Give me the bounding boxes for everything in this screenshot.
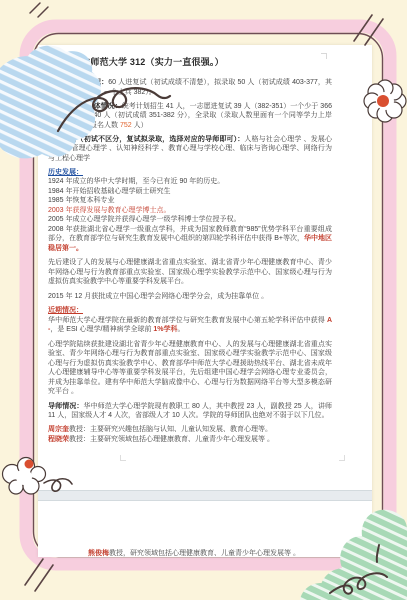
history-2005: 2005 年成立心理学院并获得心理学一级学科博士学位授予权。 [48, 215, 332, 225]
history-1924: 1924 年成立的华中大学时期，至今已有近 90 年的历史。 [48, 177, 332, 187]
run-prof1-name: 周宗奎 [48, 426, 69, 433]
page-break-band [38, 490, 372, 501]
run-prof2-name: 程晓荣 [48, 436, 69, 443]
run-prof3-rest: 教授，研究领域包括心理健康教育、儿童青少年心理发展等 。 [109, 550, 300, 557]
run-esi-percent: 1%学科 [153, 326, 177, 333]
paragraph-admission-2024: 2024 年录取情况：60 人进复试（初试成绩不清楚），拟录取 50 人（初试成… [48, 78, 332, 97]
run-prof2-rest: 教授：主要研究领域包括心理健康教育、儿童青少年心理发展等 。 [69, 436, 274, 443]
paragraph-recent-platforms: 心理学院陆续获批建设湖北省青少年心理健康教育中心、人的发展与心理健康湖北省重点实… [48, 340, 332, 397]
text-boundary-mark [339, 455, 345, 461]
run-prof3-name: 熊俊梅 [88, 550, 109, 557]
paragraph-platforms: 先后建设了人的发展与心理健康湖北省重点实验室、湖北省青少年心理健康教育中心、青少… [48, 258, 332, 287]
recent-heading: 近期情况： [48, 306, 332, 316]
history-1984: 1984 年开始招收基础心理学硕士研究生 [48, 187, 332, 197]
paragraph-recent-evaluation: 华中师范大学心理学院在最新的教育部学位与研究生教育发展中心第五轮学科评估中获得 … [48, 316, 332, 335]
run-prof1-rest: 教授：主要研究兴趣包括脑与认知、儿童认知发展、教育心理等。 [69, 426, 272, 433]
run-2023-heading: 2023 年录取具体情况： [48, 103, 122, 110]
professor-1: 周宗奎教授：主要研究兴趣包括脑与认知、儿童认知发展、教育心理等。 [48, 425, 332, 435]
paragraph-2015: 2015 年 12 月获批成立中国心理学会网络心理学分会，成为挂靠单位 。 [48, 292, 332, 302]
doc-content: 华中师范大学 312（实力一直很强。） 2024 年录取情况：60 人进复试（初… [48, 53, 332, 444]
run-2024-heading: 2024 年录取情况： [48, 79, 108, 86]
history-heading: 历史发展： [48, 168, 332, 178]
run-applicant-count: 752 [120, 122, 132, 129]
paragraph-research-directions: 研究方向（初试不区分，复试拟录取，选择对应的导师即可）：人格与社会心理学 、发展… [48, 135, 332, 164]
run-tutor-heading: 导师情况： [48, 403, 84, 410]
history-2008: 2008 年获批湖北省心理学一级重点学科，并成为国家教师教育“985”优势学科平… [48, 225, 332, 254]
history-1985: 1985 年恢复本科专业 [48, 196, 332, 206]
run-recent-a: 华中师范大学心理学院在最新的教育部学位与研究生教育发展中心第五轮学科评估中获得 [48, 317, 327, 324]
run-recent-c: 。 [178, 326, 185, 333]
run-recent-b: ，是 ESI 心理学/精神病学全球前 [50, 326, 153, 333]
run-2008-body: 2008 年获批湖北省心理学一级重点学科，并成为国家教师教育“985”优势学科平… [48, 226, 332, 243]
history-2003: 2003 年获得发展与教育心理学博士点。 [48, 206, 332, 216]
run-tutor-body: 华中师范大学心理学院现有教职工 80 人，其中教授 23 人，副教授 25 人，… [48, 403, 332, 420]
doc-title: 华中师范大学 312（实力一直很强。） [72, 56, 332, 68]
text-boundary-mark [120, 455, 126, 461]
paragraph-tutors: 导师情况：华中师范大学心理学院现有教职工 80 人，其中教授 23 人，副教授 … [48, 402, 332, 421]
run-direction-heading: 研究方向（初试不区分，复试拟录取，选择对应的导师即可）： [48, 136, 244, 143]
paragraph-admission-2023: 2023 年录取具体情况：统考计划招生 41 人，一志愿进复试 39 人（382… [48, 102, 332, 131]
run-2023-tail: 人） [132, 122, 148, 129]
document-page: 华中师范大学 312（实力一直很强。） 2024 年录取情况：60 人进复试（初… [38, 45, 372, 557]
professor-3: 熊俊梅教授，研究领域包括心理健康教育、儿童青少年心理发展等 。 [88, 549, 338, 559]
professor-2: 程晓荣教授：主要研究领域包括心理健康教育、儿童青少年心理发展等 。 [48, 435, 332, 445]
